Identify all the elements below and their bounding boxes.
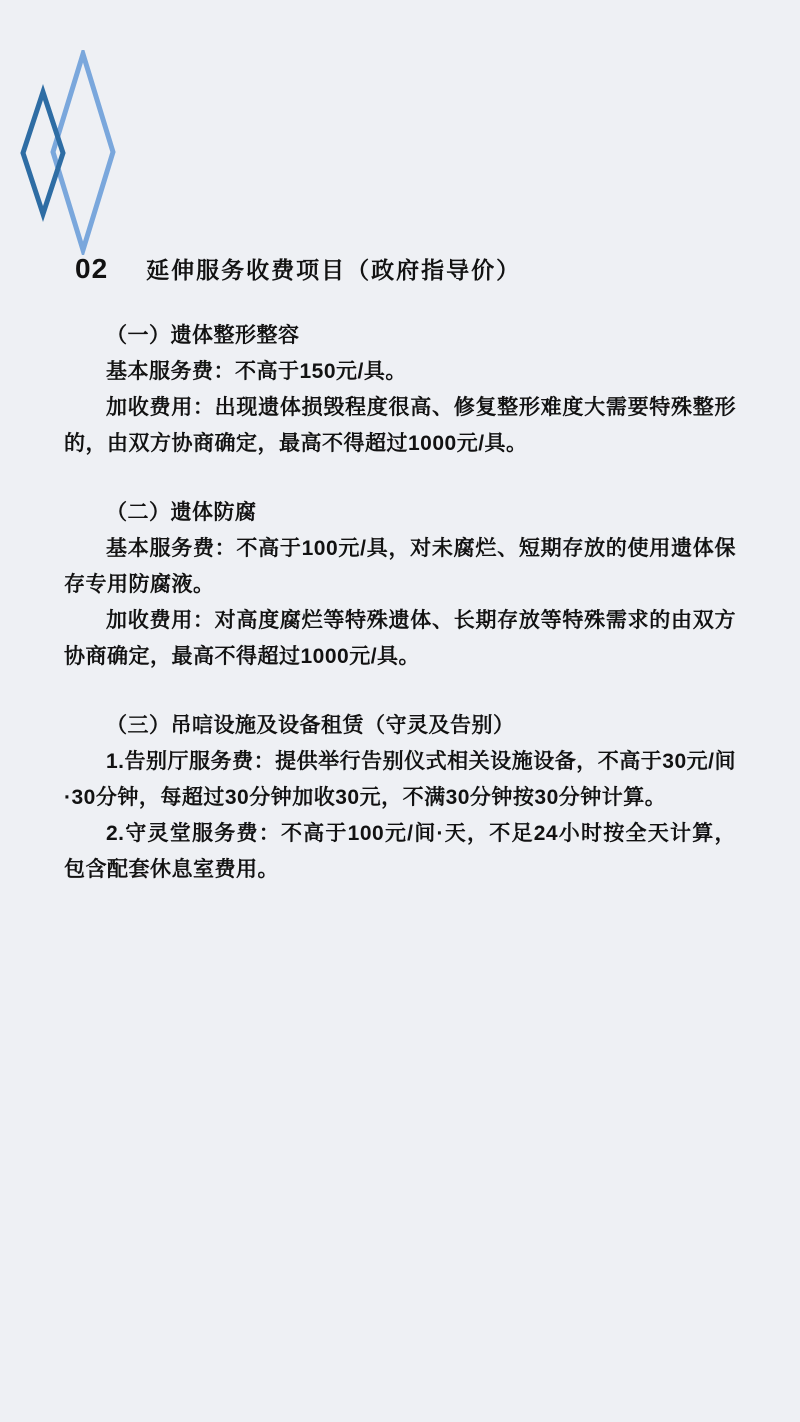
fee-paragraph: 基本服务费：不高于150元/具。 xyxy=(64,354,736,390)
fee-section-heading: （一）遗体整形整容 xyxy=(64,318,736,354)
fee-paragraph: 加收费用：对高度腐烂等特殊遗体、长期存放等特殊需求的由双方协商确定，最高不得超过… xyxy=(64,603,736,675)
page-header: 02 延伸服务收费项目（政府指导价） xyxy=(75,252,521,285)
fee-section-1: （一）遗体整形整容 基本服务费：不高于150元/具。 加收费用：出现遗体损毁程度… xyxy=(64,318,736,462)
fee-section-heading: （二）遗体防腐 xyxy=(64,495,736,531)
page-title: 延伸服务收费项目（政府指导价） xyxy=(146,252,521,285)
section-number: 02 xyxy=(75,253,108,285)
fee-section-heading: （三）吊唁设施及设备租赁（守灵及告别） xyxy=(64,708,736,744)
overlapping-diamonds-logo xyxy=(20,50,120,255)
fee-paragraph: 加收费用：出现遗体损毁程度很高、修复整形难度大需要特殊整形的，由双方协商确定，最… xyxy=(64,390,736,462)
dark-diamond-icon xyxy=(23,92,63,214)
fee-section-2: （二）遗体防腐 基本服务费：不高于100元/具，对未腐烂、短期存放的使用遗体保存… xyxy=(64,495,736,675)
document-body: （一）遗体整形整容 基本服务费：不高于150元/具。 加收费用：出现遗体损毁程度… xyxy=(64,318,736,888)
fee-section-3: （三）吊唁设施及设备租赁（守灵及告别） 1.告别厅服务费：提供举行告别仪式相关设… xyxy=(64,708,736,888)
fee-paragraph: 2.守灵堂服务费：不高于100元/间·天，不足24小时按全天计算，包含配套休息室… xyxy=(64,816,736,888)
fee-paragraph: 1.告别厅服务费：提供举行告别仪式相关设施设备，不高于30元/间·30分钟，每超… xyxy=(64,744,736,816)
fee-paragraph: 基本服务费：不高于100元/具，对未腐烂、短期存放的使用遗体保存专用防腐液。 xyxy=(64,531,736,603)
document-page: 02 延伸服务收费项目（政府指导价） （一）遗体整形整容 基本服务费：不高于15… xyxy=(0,0,800,1422)
